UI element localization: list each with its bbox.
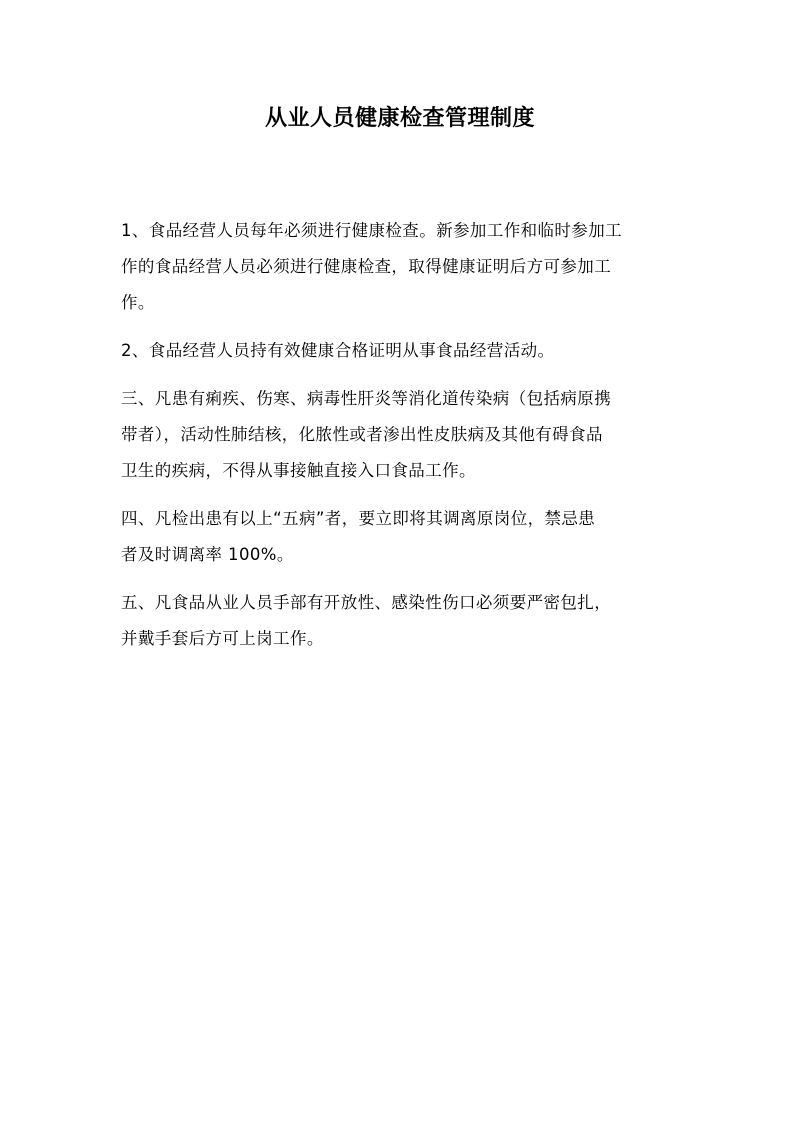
- paragraph-line: 三、凡患有痢疾、伤寒、病毒性肝炎等消化道传染病（包括病原携: [121, 381, 686, 417]
- paragraph-3: 三、凡患有痢疾、伤寒、病毒性肝炎等消化道传染病（包括病原携 带者），活动性肺结核…: [121, 381, 686, 489]
- document-body: 1、食品经营人员每年必须进行健康检查。新参加工作和临时参加工 作的食品经营人员必…: [121, 213, 686, 669]
- paragraph-line: 卫生的疾病，不得从事接触直接入口食品工作。: [121, 453, 686, 489]
- paragraph-line: 四、凡检出患有以上“五病”者，要立即将其调离原岗位，禁忌患: [121, 501, 686, 537]
- paragraph-4: 四、凡检出患有以上“五病”者，要立即将其调离原岗位，禁忌患 者及时调离率 100…: [121, 501, 686, 573]
- paragraph-line: 作。: [121, 285, 686, 321]
- paragraph-line: 2、食品经营人员持有效健康合格证明从事食品经营活动。: [121, 333, 686, 369]
- paragraph-line: 带者），活动性肺结核，化脓性或者渗出性皮肤病及其他有碍食品: [121, 417, 686, 453]
- document-page: 从业人员健康检查管理制度 1、食品经营人员每年必须进行健康检查。新参加工作和临时…: [0, 0, 800, 1132]
- paragraph-1: 1、食品经营人员每年必须进行健康检查。新参加工作和临时参加工 作的食品经营人员必…: [121, 213, 686, 321]
- paragraph-5: 五、凡食品从业人员手部有开放性、感染性伤口必须要严密包扎， 并戴手套后方可上岗工…: [121, 585, 686, 657]
- paragraph-line: 者及时调离率 100%。: [121, 537, 686, 573]
- document-title: 从业人员健康检查管理制度: [0, 103, 800, 135]
- paragraph-line: 1、食品经营人员每年必须进行健康检查。新参加工作和临时参加工: [121, 213, 686, 249]
- paragraph-line: 作的食品经营人员必须进行健康检查，取得健康证明后方可参加工: [121, 249, 686, 285]
- paragraph-line: 五、凡食品从业人员手部有开放性、感染性伤口必须要严密包扎，: [121, 585, 686, 621]
- paragraph-line: 并戴手套后方可上岗工作。: [121, 621, 686, 657]
- paragraph-2: 2、食品经营人员持有效健康合格证明从事食品经营活动。: [121, 333, 686, 369]
